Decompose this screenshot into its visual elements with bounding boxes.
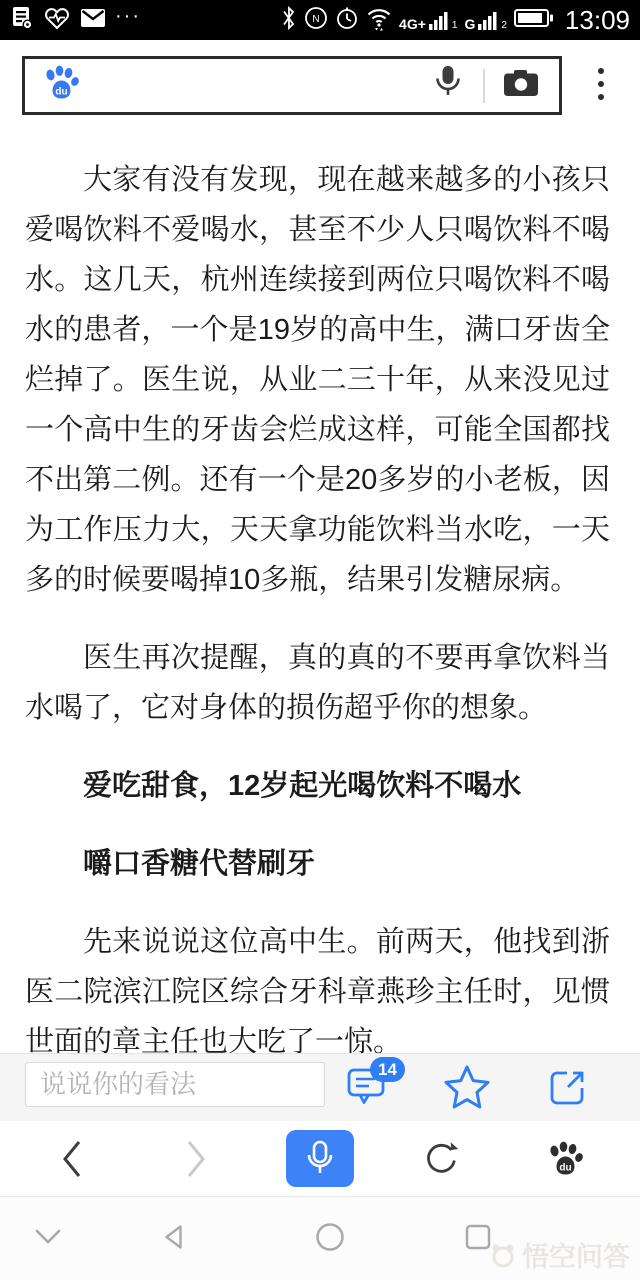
network-1-type: 4G+ <box>399 17 426 31</box>
share-button[interactable] <box>546 1067 588 1114</box>
signal-bars-2 <box>477 9 499 31</box>
health-icon <box>43 5 71 36</box>
svg-text:N: N <box>312 14 319 25</box>
search-divider <box>483 69 485 103</box>
article-paragraph: 大家有没有发现，现在越来越多的小孩只爱喝饮料不爱喝水，甚至不少人只喝饮料不喝水。… <box>25 155 610 605</box>
wukong-logo-icon <box>488 1240 518 1270</box>
overflow-menu-icon[interactable] <box>598 68 604 100</box>
hide-navbar-icon[interactable] <box>33 1226 63 1253</box>
status-bar-right: N 4G+ 1 G 2 13:09 <box>281 5 630 36</box>
more-icon: ··· <box>115 11 141 21</box>
wifi-icon <box>366 5 392 36</box>
bluetooth-icon <box>281 5 297 36</box>
article-heading: 嚼口香糖代替刷牙 <box>25 839 610 889</box>
network-2-sub: 2 <box>501 21 507 31</box>
voice-search-button[interactable] <box>286 1130 354 1187</box>
status-bar-left: ··· <box>10 5 141 36</box>
comments-button[interactable]: 14 <box>346 1064 390 1108</box>
comment-input[interactable] <box>25 1062 325 1107</box>
search-box[interactable]: du <box>22 56 562 115</box>
status-clock: 13:09 <box>565 5 630 36</box>
refresh-button[interactable] <box>420 1121 464 1196</box>
svg-text:du: du <box>559 1162 571 1173</box>
watermark-text: 悟空问答 <box>522 1235 630 1274</box>
network-1: 4G+ 1 <box>399 9 457 31</box>
voice-mic-icon <box>301 1139 339 1179</box>
alarm-icon <box>335 6 359 35</box>
forward-button[interactable] <box>174 1121 218 1196</box>
browser-nav-bar: du <box>0 1121 640 1196</box>
star-icon <box>443 1064 491 1110</box>
svg-text:du: du <box>55 87 67 98</box>
network-1-sub: 1 <box>452 21 458 31</box>
wukong-watermark: 悟空问答 <box>488 1235 630 1274</box>
comment-count-badge: 14 <box>370 1057 405 1082</box>
android-system-bar: 悟空问答 <box>0 1197 640 1280</box>
baidu-paw-icon: du <box>545 1138 585 1180</box>
network-2: G 2 <box>464 9 506 31</box>
battery-icon <box>514 8 554 33</box>
android-back-icon[interactable] <box>160 1222 186 1257</box>
refresh-icon <box>423 1140 461 1178</box>
back-button[interactable] <box>50 1121 94 1196</box>
share-icon <box>546 1067 588 1109</box>
network-2-type: G <box>464 17 475 31</box>
favorite-button[interactable] <box>443 1064 491 1115</box>
baidu-logo: du <box>41 62 81 109</box>
nfc-icon: N <box>304 6 328 35</box>
article-heading: 爱吃甜食，12岁起光喝饮料不喝水 <box>25 761 610 811</box>
android-home-icon[interactable] <box>314 1221 346 1258</box>
article-body: 大家有没有发现，现在越来越多的小孩只爱喝饮料不爱喝水，甚至不少人只喝饮料不喝水。… <box>0 125 640 1053</box>
article-paragraph: 医生再次提醒，真的真的不要再拿饮料当水喝了，它对身体的损伤超乎你的想象。 <box>25 633 610 733</box>
microphone-icon[interactable] <box>431 63 465 108</box>
baidu-home-button[interactable]: du <box>543 1121 587 1196</box>
status-bar: ··· N 4G+ 1 G 2 <box>0 0 640 40</box>
browser-screen: ··· N 4G+ 1 G 2 <box>0 0 640 1280</box>
mail-icon <box>80 8 106 33</box>
camera-icon[interactable] <box>503 69 539 102</box>
signal-bars-1 <box>428 9 450 31</box>
article-paragraph: 先来说说这位高中生。前两天，他找到浙医二院滨江院区综合牙科章燕珍主任时，见惯世面… <box>25 917 610 1053</box>
notes-icon <box>10 5 34 36</box>
search-bar-area: du <box>0 40 640 125</box>
forward-chevron-icon <box>183 1138 209 1180</box>
comment-bar: 14 <box>0 1053 640 1121</box>
back-chevron-icon <box>59 1138 85 1180</box>
